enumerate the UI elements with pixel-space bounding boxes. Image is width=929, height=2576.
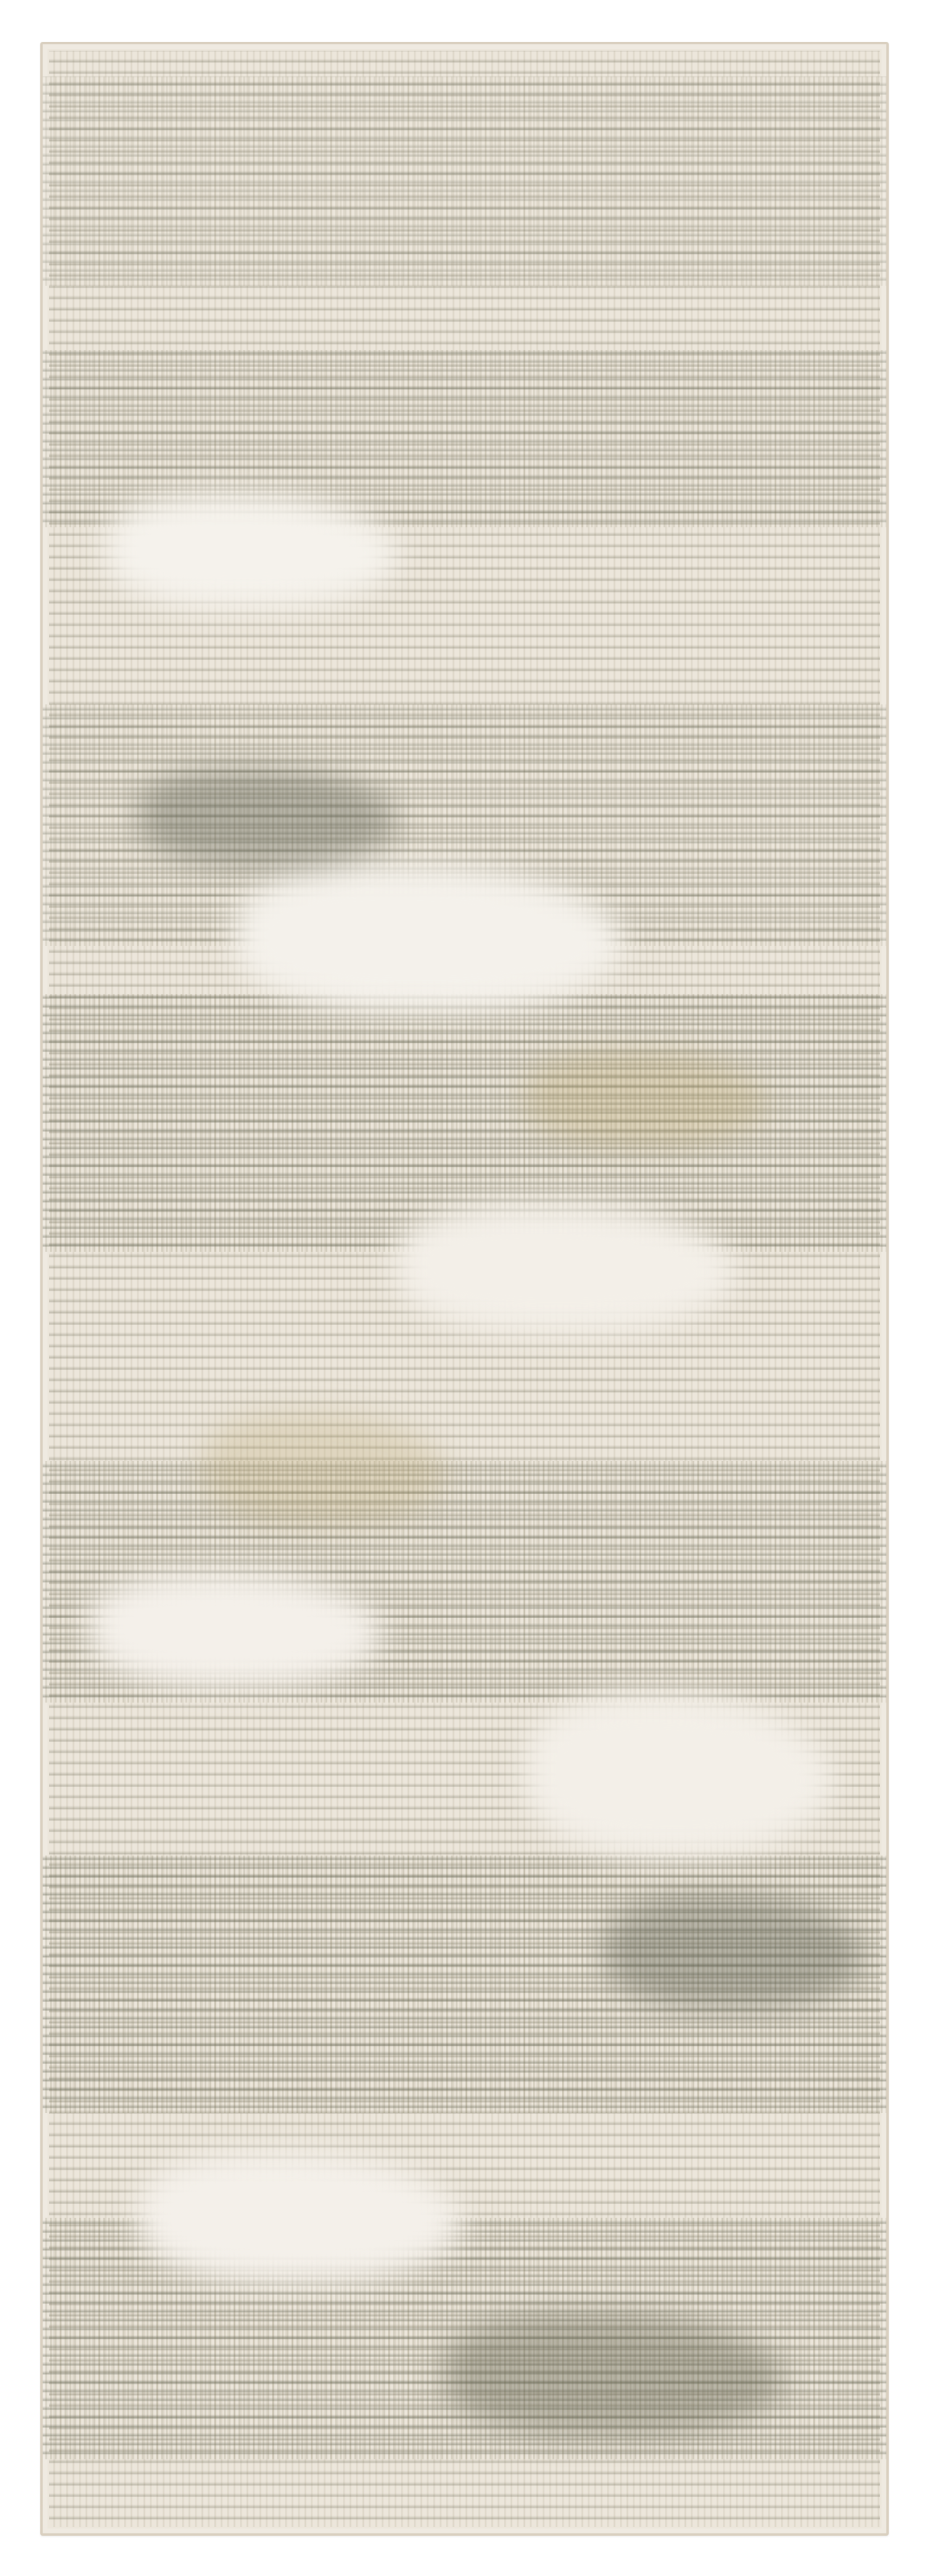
pattern-band (43, 76, 886, 286)
rug-runner (40, 42, 889, 2536)
